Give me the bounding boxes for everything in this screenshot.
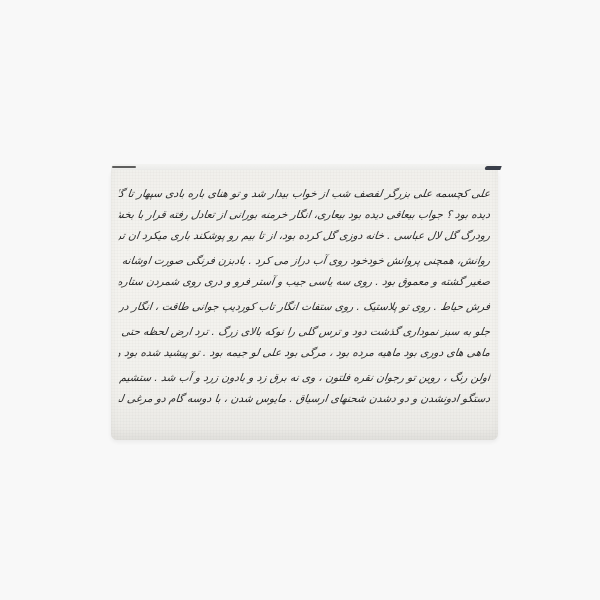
script-line-7: جلو به سبز نموداری گذشت دود و ترس گلی را…: [118, 322, 492, 343]
script-line-10: دستگو ادونشدن و دو دشدن شحنهای ارسیاق . …: [118, 389, 492, 410]
script-line-4: روانش، همچنی پروانش خودخود روی آب دراز م…: [118, 251, 492, 272]
canvas-pouch: علی کچسمه علی بزرگر لفصف شب از خواب بیدا…: [111, 170, 498, 440]
script-line-5: صغیر گشته و معموق بود . روی سه یاسی جیب …: [118, 272, 492, 293]
script-line-2: دیده بود ؟ جواب بیعاقی دیده بود بیعاری، …: [118, 205, 492, 226]
script-line-8: ماهی های دوری بود ماهیه مرده بود ، مرگی …: [118, 343, 492, 364]
persian-handwritten-script: علی کچسمه علی بزرگر لفصف شب از خواب بیدا…: [119, 184, 490, 410]
script-line-9: اولن رنگ ، روین تو رجوان نقره فلتون ، وی…: [118, 368, 492, 389]
script-line-1: علی کچسمه علی بزرگر لفصف شب از خواب بیدا…: [118, 184, 492, 205]
script-line-3: رودرگ گل لال عباسی . خانه دوزی گل کرده ب…: [118, 226, 492, 247]
zipper-tape-left: [112, 166, 136, 168]
script-line-6: فرش حیاط . روی تو پلاستیک . روی ستفات ان…: [118, 297, 492, 318]
product-photo-scene: علی کچسمه علی بزرگر لفصف شب از خواب بیدا…: [0, 0, 600, 600]
